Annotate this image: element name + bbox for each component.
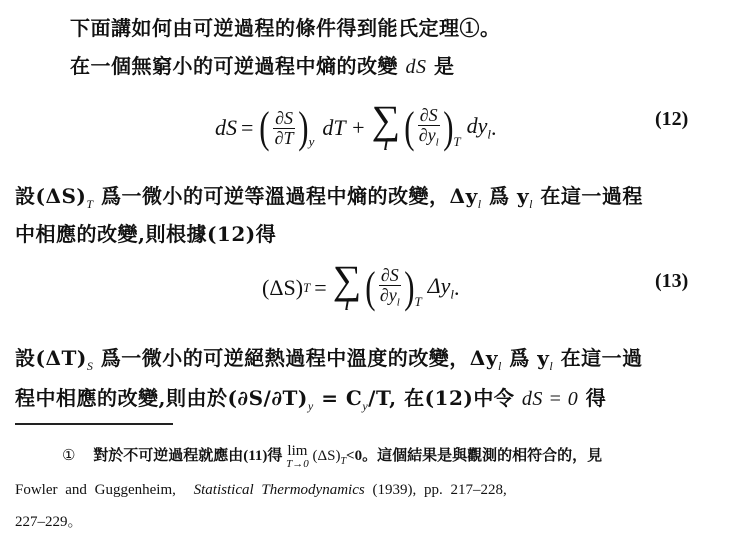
- summation: ∑ l: [372, 102, 401, 155]
- paragraph-3-line-1: 設(ΔT)S 爲一微小的可逆絕熱過程中溫度的改變，Δyl 爲 yl 在這一過: [15, 342, 643, 374]
- numerator: ∂S: [379, 266, 401, 286]
- footnote-divider: [15, 423, 173, 425]
- subscript: y: [308, 399, 314, 413]
- text: /T, 在(12)中令: [368, 386, 514, 410]
- sum-index: l: [384, 138, 388, 155]
- term: dy: [467, 113, 488, 138]
- term: Δy: [428, 273, 451, 298]
- fraction: ∂S ∂yl: [418, 106, 440, 149]
- sigma-icon: ∑: [333, 262, 362, 298]
- paragraph-1-line-2: 在一個無窮小的可逆過程中熵的改變 dS 是: [70, 50, 454, 79]
- subscript: T: [86, 197, 93, 211]
- text: = C: [321, 386, 362, 410]
- right-paren: ): [404, 266, 414, 310]
- text: 爲 y: [489, 184, 529, 208]
- text: <0。這個結果是與觀測的相符合的，見: [346, 448, 602, 464]
- eq-sign: =: [314, 275, 326, 301]
- text: 在一個無窮小的可逆過程中熵的改變: [70, 54, 398, 78]
- equation-number-13: (13): [655, 270, 688, 293]
- fraction: ∂S ∂yl: [379, 266, 401, 309]
- subscript: l: [397, 297, 400, 309]
- citation-title: Statistical Thermodynamics: [194, 482, 365, 498]
- text: 在這一過: [561, 346, 643, 370]
- subscript: l: [529, 197, 533, 211]
- citation-details: (1939), pp. 217–228,: [372, 482, 506, 498]
- denominator: ∂y: [380, 285, 397, 305]
- subscript: l: [436, 137, 439, 149]
- subscript: T: [303, 280, 310, 296]
- left-paren: (: [260, 106, 270, 150]
- eq-lhs: (ΔS): [262, 275, 303, 301]
- summation: ∑ l: [333, 262, 362, 315]
- sum-index: l: [345, 298, 349, 315]
- lim-subscript: T→0: [286, 459, 309, 470]
- left-paren: (: [404, 106, 414, 150]
- left-paren: (: [365, 266, 375, 310]
- paragraph-1-line-1: 下面講如何由可逆過程的條件得到能氏定理①。: [70, 12, 501, 41]
- subscript: l: [478, 197, 482, 211]
- text: (ΔS): [313, 448, 341, 464]
- subscript: T: [414, 294, 421, 310]
- footnote-line-3: 227–229。: [15, 510, 83, 531]
- equation-13: (ΔS) T = ∑ l ( ∂S ∂yl ) T Δyl .: [262, 250, 459, 326]
- math-inline: dS = 0: [522, 388, 579, 410]
- text: 程中相應的改變,則由於(∂S/∂T): [15, 386, 308, 410]
- text: 爲 y: [509, 346, 549, 370]
- paragraph-2-line-2: 中相應的改變,則根據(12)得: [15, 218, 276, 247]
- period: .: [491, 115, 497, 141]
- citation-authors: Fowler and Guggenheim,: [15, 482, 176, 498]
- subscript: l: [498, 359, 502, 373]
- text: 爲一微小的可逆絕熱過程中溫度的改變，Δy: [101, 346, 498, 370]
- eq-lhs: dS: [215, 115, 237, 141]
- text: 設(ΔS): [15, 184, 86, 208]
- equation-12: dS = ( ∂S ∂T ) y dT + ∑ l ( ∂S ∂yl ) T d…: [215, 88, 496, 168]
- fraction: ∂S ∂T: [273, 109, 295, 148]
- citation-pages: 227–229。: [15, 514, 83, 530]
- text: 得: [586, 386, 607, 410]
- sigma-icon: ∑: [372, 102, 401, 138]
- numerator: ∂S: [273, 109, 295, 129]
- denominator: ∂T: [275, 129, 294, 148]
- equation-number-12: (12): [655, 108, 688, 131]
- subscript: T: [453, 134, 460, 150]
- subscript: y: [309, 134, 315, 150]
- text: 對於不可逆過程就應由(11)得: [93, 448, 282, 464]
- numerator: ∂S: [418, 106, 440, 126]
- footnote-marker: ①: [62, 448, 75, 464]
- right-paren: ): [298, 106, 308, 150]
- text: 下面講如何由可逆過程的條件得到能氏定理①。: [70, 16, 501, 40]
- period: .: [454, 275, 460, 301]
- text: 爲一微小的可逆等溫過程中熵的改變，Δy: [101, 184, 478, 208]
- math-inline: dS: [405, 56, 426, 78]
- footnote-line-1: ① 對於不可逆過程就應由(11)得 lim T→0 (ΔS)T<0。這個結果是與…: [62, 444, 602, 470]
- denominator: ∂y: [419, 125, 436, 145]
- footnote-line-2: Fowler and Guggenheim, Statistical Therm…: [15, 482, 507, 499]
- text: 設(ΔT): [15, 346, 87, 370]
- right-paren: ): [443, 106, 453, 150]
- eq-sign: =: [241, 115, 253, 141]
- text: 中相應的改變,則根據(12)得: [15, 222, 276, 246]
- paragraph-3-line-2: 程中相應的改變,則由於(∂S/∂T)y = Cy/T, 在(12)中令 dS =…: [15, 382, 606, 414]
- lim-operator: lim: [287, 444, 307, 459]
- limit: lim T→0: [286, 444, 309, 470]
- paragraph-2-line-1: 設(ΔS)T 爲一微小的可逆等溫過程中熵的改變，Δyl 爲 yl 在這一過程: [15, 180, 643, 212]
- term: dT +: [322, 115, 365, 141]
- text: 在這一過程: [540, 184, 643, 208]
- subscript: l: [549, 359, 553, 373]
- subscript: S: [87, 359, 94, 373]
- text: 是: [434, 54, 455, 78]
